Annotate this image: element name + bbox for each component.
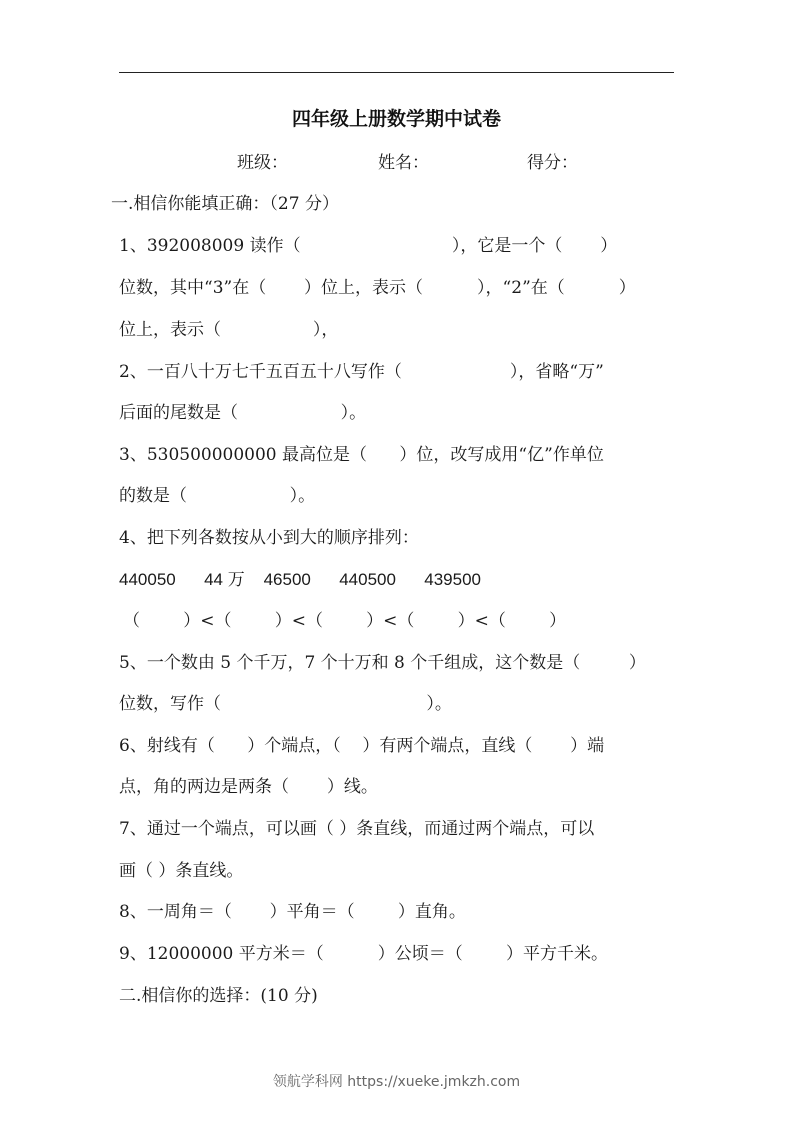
q1-line3: 位上，表示（ ），	[119, 315, 338, 340]
q1-line2: 位数，其中“3”在（ ）位上，表示（ ），“2”在（ ）	[119, 273, 636, 298]
q6-line1: 6、射线有（ ）个端点，（ ）有两个端点，直线（ ）端	[119, 731, 604, 756]
q8-line1: 8、一周角＝（ ）平角＝（ ）直角。	[119, 897, 466, 922]
q4-order-blanks: （ ）<（ ）<（ ）<（ ）<（ ）	[123, 606, 566, 631]
q7-line1: 7、通过一个端点，可以画（ ）条直线，而通过两个端点，可以	[119, 814, 594, 839]
name-label: 姓名：	[378, 148, 429, 173]
q5-line1: 5、一个数由 5 个千万，7 个十万和 8 个千组成，这个数是（ ）	[119, 648, 646, 673]
q4-line1: 4、把下列各数按从小到大的顺序排列：	[119, 523, 419, 548]
q3-line1: 3、530500000000 最高位是（ ）位，改写成用“亿”作单位	[119, 440, 604, 465]
page-title: 四年级上册数学期中试卷	[0, 104, 793, 131]
q7-line2: 画（ ）条直线。	[119, 856, 243, 881]
header-rule	[119, 72, 674, 73]
section2-heading: 二.相信你的选择：(10 分)	[119, 981, 318, 1006]
footer-watermark: 领航学科网 https://xueke.jmkzh.com	[0, 1071, 793, 1091]
score-label: 得分：	[527, 148, 578, 173]
q2-line2: 后面的尾数是（ ）。	[119, 398, 366, 423]
q5-line2: 位数，写作（ ）。	[119, 689, 452, 714]
q3-line2: 的数是（ ）。	[119, 481, 315, 506]
q9-line1: 9、12000000 平方米＝（ ）公顷＝（ ）平方千米。	[119, 939, 608, 964]
class-label: 班级：	[237, 148, 288, 173]
q1-line1: 1、392008009 读作（ ），它是一个（ ）	[119, 231, 617, 256]
q2-line1: 2、一百八十万七千五百五十八写作（ ），省略“万”	[119, 357, 604, 382]
q4-numbers: 440050 44 万 46500 440500 439500	[119, 565, 481, 590]
section1-heading: 一.相信你能填正确：（27 分）	[111, 189, 339, 214]
q6-line2: 点，角的两边是两条（ ）线。	[119, 772, 378, 797]
